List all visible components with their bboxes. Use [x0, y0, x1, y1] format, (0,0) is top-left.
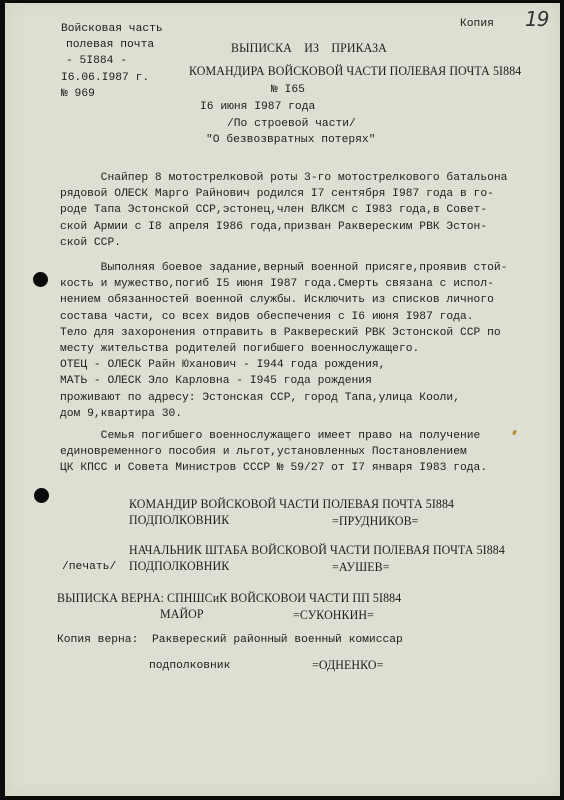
text-line: месту жительства родителей погибшего вое… [60, 341, 520, 357]
certification-name: =СУКОНКИН= [293, 607, 374, 623]
text-line: ской ССР. [60, 235, 520, 251]
stamp-note: /печать/ [62, 559, 116, 575]
order-subject: "О безвозвратных потерях" [206, 132, 375, 148]
sender-post-number: - 5I884 - [61, 52, 163, 68]
certification-rank: МАЙОР [160, 606, 204, 622]
text-line: ЦК КПСС и Совета Министров СССР № 59/27 … [60, 460, 520, 476]
paragraph-death-notice: Выполняя боевое задание,верный военной п… [60, 260, 520, 422]
paragraph-service-record: Снайпер 8 мотострелковой роты 3-го мотос… [60, 170, 520, 251]
text-line: роде Тапа Эстонской ССР,эстонец,член ВЛК… [60, 202, 520, 218]
text-line: состава части, со всех видов обеспечения… [60, 309, 520, 325]
sender-field-post: полевая почта [61, 36, 163, 52]
text-line: дом 9,квартира 30. [60, 406, 520, 422]
text-line: рядовой ОЛЕСК Марго Райнович родился I7 … [60, 186, 520, 202]
paragraph-family-benefits: Семья погибшего военнослужащего имеет пр… [60, 428, 520, 477]
copy-certification-name: =ОДНЕНКО= [312, 657, 383, 673]
text-line: единовременного пособия и льгот,установл… [60, 444, 520, 460]
copy-label: Копия [460, 16, 494, 32]
signature-2-position: НАЧАЛЬНИК ШТАБА ВОЙСКОВОЙ ЧАСТИ ПОЛЕВАЯ … [129, 542, 505, 558]
order-date: I6 июня I987 года [200, 99, 315, 115]
text-line: проживают по адресу: Эстонская ССР, горо… [60, 390, 520, 406]
order-number: № I65 [271, 82, 305, 98]
text-line: Семья погибшего военнослужащего имеет пр… [60, 428, 520, 444]
sender-outgoing-number: № 969 [61, 85, 163, 101]
certification-label: ВЫПИСКА ВЕРНА: [57, 590, 164, 606]
signature-1-rank: ПОДПОЛКОВНИК [129, 512, 229, 528]
certification-position: СПНШСиК ВОЙСКОВОИ ЧАСТИ ПП 5I884 [167, 590, 401, 606]
text-line: нением обязанностей военной службы. Искл… [60, 292, 520, 308]
signature-2-rank: ПОДПОЛКОВНИК [129, 558, 229, 574]
hole-punch-bottom [34, 488, 49, 503]
signature-2-name: =АУШЕВ= [332, 559, 390, 575]
text-line: кость и мужество,погиб I5 июня I987 года… [60, 276, 520, 292]
copy-certification-label: Копия верна: [57, 632, 138, 648]
text-line: ской Армии с I8 апреля I986 года,призван… [60, 219, 520, 235]
order-section: /По строевой части/ [227, 116, 356, 132]
document-page: Копия 19 Войсковая часть полевая почта -… [5, 3, 560, 796]
sender-unit: Войсковая часть [61, 20, 163, 36]
copy-certification-position: Раквереский районный военный комиссар [152, 632, 403, 648]
sender-block: Войсковая часть полевая почта - 5I884 - … [61, 20, 163, 101]
text-line: Выполняя боевое задание,верный военной п… [60, 260, 520, 276]
document-heading: ВЫПИСКА ИЗ ПРИКАЗА [231, 40, 387, 56]
text-line: МАТЬ - ОЛЕСК Эло Карловна - I945 года ро… [60, 373, 520, 389]
document-subheading: КОМАНДИРА ВОЙСКОВОЙ ЧАСТИ ПОЛЕВАЯ ПОЧТА … [189, 63, 521, 79]
signature-1-position: КОМАНДИР ВОЙСКОВОЙ ЧАСТИ ПОЛЕВАЯ ПОЧТА 5… [129, 496, 454, 512]
hole-punch-top [33, 272, 48, 287]
copy-certification-rank: подполковник [149, 658, 230, 674]
text-line: Снайпер 8 мотострелковой роты 3-го мотос… [60, 170, 520, 186]
sender-date: I6.06.I987 г. [61, 69, 163, 85]
signature-1-name: =ПРУДНИКОВ= [332, 513, 418, 529]
text-line: ОТЕЦ - ОЛЕСК Райн Юханович - I944 года р… [60, 357, 520, 373]
page-number-handwritten: 19 [525, 11, 548, 27]
text-line: Тело для захоронения отправить в Раквере… [60, 325, 520, 341]
